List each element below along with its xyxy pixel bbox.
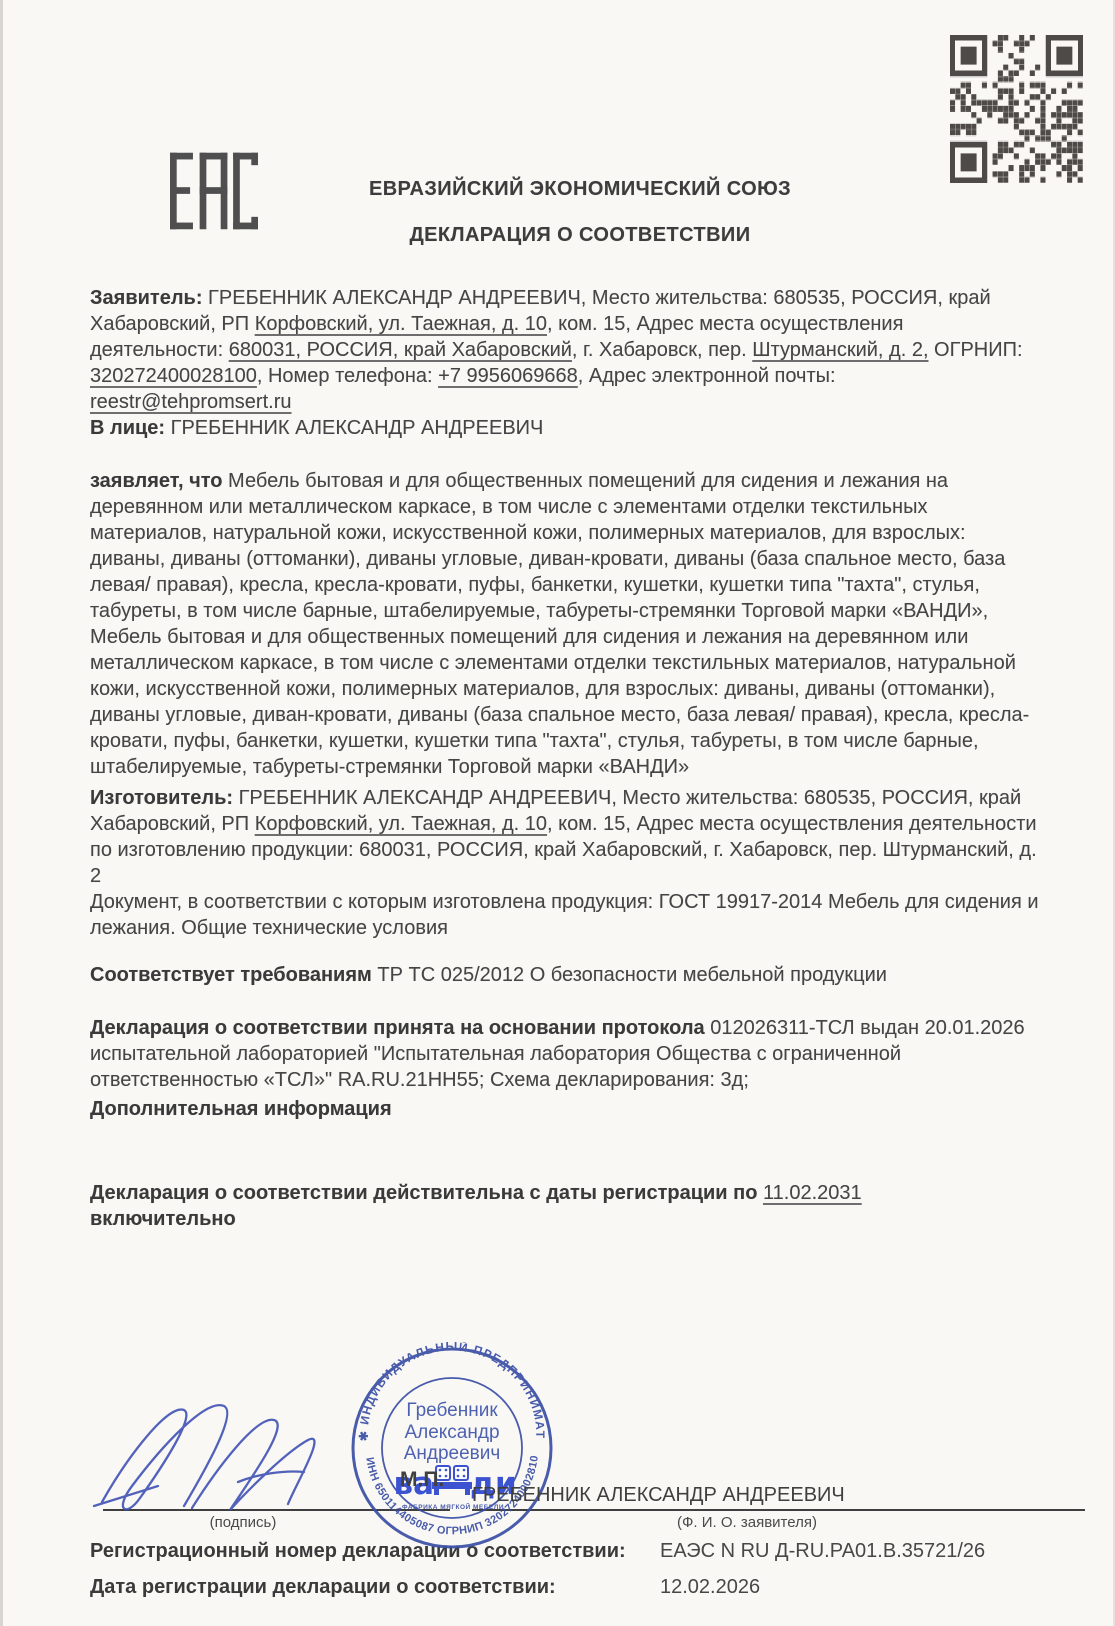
applicant-text-6: , Адрес электронной почты: [578, 365, 836, 387]
basis-paragraph: Декларация о соответствии принята на осн… [90, 1015, 1042, 1093]
validity-label: Декларация о соответствии действительна … [90, 1182, 763, 1204]
applicant-text-4: ОГРНИП: [929, 339, 1023, 361]
handwritten-signature [88, 1386, 378, 1516]
stamp-name-line2: Александр [404, 1422, 499, 1443]
compliance-label: Соответствует требованиям [90, 964, 372, 986]
stamp-name-line1: Гребенник [406, 1400, 498, 1421]
declares-label: заявляет, что [90, 470, 223, 492]
compliance-text: ТР ТС 025/2012 О безопасности мебельной … [372, 964, 887, 986]
in-person-line: В лице: ГРЕБЕННИК АЛЕКСАНДР АНДРЕЕВИЧ [90, 415, 1042, 441]
additional-info-label: Дополнительная информация [90, 1098, 392, 1120]
applicant-activity-region: 680031, РОССИЯ, край Хабаровский [229, 339, 572, 361]
applicant-email: reestr@tehpromsert.ru [90, 391, 291, 413]
applicant-label: Заявитель: [90, 287, 203, 309]
declaration-paragraph: заявляет, что Мебель бытовая и для общес… [90, 468, 1042, 780]
registration-number-value: ЕАЭС N RU Д-RU.РА01.В.35721/26 [660, 1540, 985, 1563]
applicant-ogrnip: 320272400028100 [90, 365, 257, 387]
validity-suffix: включительно [90, 1206, 1042, 1232]
applicant-phone: +7 9956069668 [438, 365, 578, 387]
fio-line [472, 1509, 1085, 1511]
mp-seal-label: М.П. [400, 1468, 444, 1492]
qr-code-icon [950, 35, 1083, 183]
applicant-paragraph: Заявитель: ГРЕБЕННИК АЛЕКСАНДР АНДРЕЕВИЧ… [90, 285, 1042, 415]
in-person-name: ГРЕБЕННИК АЛЕКСАНДР АНДРЕЕВИЧ [165, 417, 543, 439]
additional-info-line: Дополнительная информация [90, 1096, 1042, 1122]
validity-date: 11.02.2031 [763, 1182, 862, 1204]
product-document-text: Документ, в соответствии с которым изгот… [90, 891, 1039, 939]
compliance-line: Соответствует требованиям ТР ТС 025/2012… [90, 962, 1042, 988]
applicant-activity-street: Штурманский, д. 2, [752, 339, 928, 361]
applicant-text-5: , Номер телефона: [257, 365, 438, 387]
manufacturer-paragraph: Изготовитель: ГРЕБЕННИК АЛЕКСАНДР АНДРЕЕ… [90, 785, 1042, 889]
validity-paragraph: Декларация о соответствии действительна … [90, 1180, 1042, 1232]
declares-text: Мебель бытовая и для общественных помеще… [90, 470, 1029, 778]
applicant-fio-name: ГРЕБЕННИК АЛЕКСАНДР АНДРЕЕВИЧ [472, 1484, 845, 1507]
product-document-paragraph: Документ, в соответствии с которым изгот… [90, 889, 1042, 941]
manufacturer-address-street: Корфовский, ул. Таежная, д. 10 [255, 813, 547, 835]
stamp-name-line3: Андреевич [404, 1443, 501, 1464]
manufacturer-label: Изготовитель: [90, 787, 233, 809]
registration-date-label: Дата регистрации декларации о соответств… [90, 1576, 556, 1599]
union-title: ЕВРАЗИЙСКИЙ ЭКОНОМИЧЕСКИЙ СОЮЗ [90, 178, 1070, 201]
in-person-label: В лице: [90, 417, 165, 439]
scan-edge-left [0, 0, 3, 1626]
document-title: ДЕКЛАРАЦИЯ О СООТВЕТСТВИИ [90, 224, 1070, 247]
signature-caption: (подпись) [103, 1514, 383, 1531]
applicant-text-3: , г. Хабаровск, пер. [572, 339, 752, 361]
applicant-address-street: Корфовский, ул. Таежная, д. 10 [255, 313, 547, 335]
registration-date-value: 12.02.2026 [660, 1576, 760, 1599]
basis-label: Декларация о соответствии принята на осн… [90, 1017, 705, 1039]
declaration-document: ЕВРАЗИЙСКИЙ ЭКОНОМИЧЕСКИЙ СОЮЗ ДЕКЛАРАЦИ… [0, 0, 1115, 1626]
